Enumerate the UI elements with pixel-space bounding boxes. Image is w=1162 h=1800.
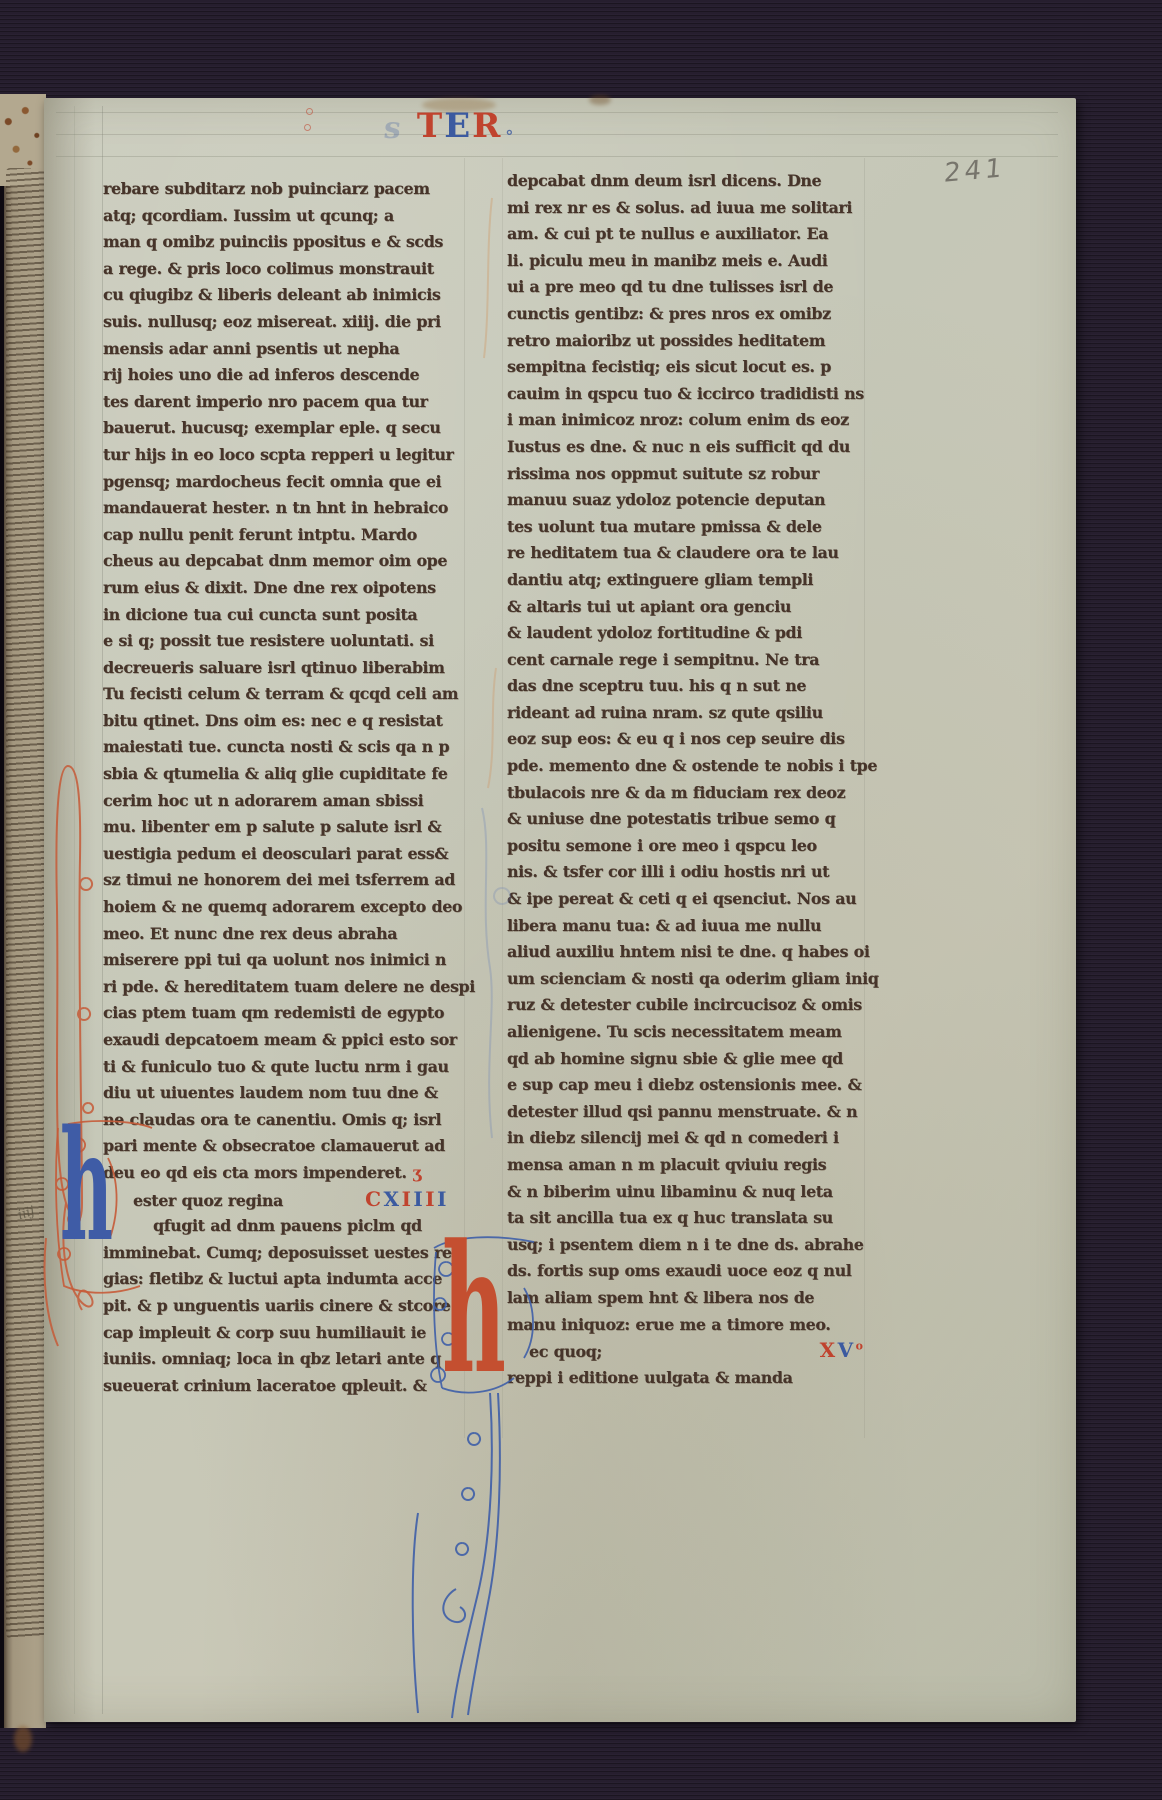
text-line: i man inimicoz nroz: colum enim ds eoz xyxy=(507,407,863,434)
text-line-content: ui a pre meo qd tu dne tulisses isrl de xyxy=(507,274,833,301)
text-line: in diebz silencij mei & qd n comederi i xyxy=(507,1125,863,1152)
text-line: e sup cap meu i diebz ostensionis mee. & xyxy=(507,1072,863,1099)
text-line: am. & cui pt te nullus e auxiliator. Ea xyxy=(507,221,863,248)
text-line-content: tes uolunt tua mutare pmissa & dele xyxy=(507,514,822,541)
red-paraph-mark: ʒ xyxy=(412,1160,421,1187)
text-line-content: ti & funiculo tuo & qute luctu nrm i gau xyxy=(103,1054,449,1081)
text-line: sbia & qtumelia & aliq glie cupiditate f… xyxy=(103,761,449,788)
text-line: cunctis gentibz: & pres nros ex omibz xyxy=(507,301,863,328)
text-line-content: cias ptem tuam qm redemisti de egypto xyxy=(103,1000,444,1027)
ruling-line xyxy=(56,156,1058,157)
text-line-content: e sup cap meu i diebz ostensionis mee. & xyxy=(507,1072,861,1099)
text-line: tbulacois nre & da m fiduciam rex deoz xyxy=(507,780,863,807)
text-line: lam aliam spem hnt & libera nos de xyxy=(507,1285,863,1312)
text-line-content: mensa aman n m placuit qviuiu regis xyxy=(507,1152,826,1179)
text-line-content: libera manu tua: & ad iuua me nullu xyxy=(507,913,821,940)
text-line: nis. & tsfer cor illi i odiu hostis nri … xyxy=(507,859,863,886)
parchment-stain xyxy=(589,95,611,105)
text-line-content: cap nullu penit ferunt intptu. Mardo xyxy=(103,522,417,549)
text-line-content: re heditatem tua & claudere ora te lau xyxy=(507,540,839,567)
text-line: meo. Et nunc dne rex deus abraha xyxy=(103,921,449,948)
text-line: cerim hoc ut n adorarem aman sbissi xyxy=(103,788,449,815)
text-line-content: mu. libenter em p salute p salute isrl & xyxy=(103,814,441,841)
text-line-content: manu iniquoz: erue me a timore meo. xyxy=(507,1312,830,1339)
text-line-content: sueuerat crinium laceratoe qpleuit. & xyxy=(103,1373,427,1400)
text-line: ta sit ancilla tua ex q huc translata su xyxy=(507,1205,863,1232)
text-line-content: ri pde. & hereditatem tuam delere ne des… xyxy=(103,974,475,1001)
text-line-content: cerim hoc ut n adorarem aman sbissi xyxy=(103,788,423,815)
text-line: suis. nullusq; eoz misereat. xiiij. die … xyxy=(103,309,449,336)
text-line-content: ds. fortis sup oms exaudi uoce eoz q nul xyxy=(507,1258,851,1285)
text-line-content: rebare subditarz nob puinciarz pacem xyxy=(103,176,430,203)
text-line: Iustus es dne. & nuc n eis sufficit qd d… xyxy=(507,434,863,461)
text-line-content: das dne sceptru tuu. his q n sut ne xyxy=(507,673,806,700)
text-line-content: & n biberim uinu libaminu & nuq leta xyxy=(507,1179,833,1206)
haec-initial-tail-blue xyxy=(394,1393,534,1723)
text-line-content: rissima nos oppmut suitute sz robur xyxy=(507,461,819,488)
text-line: cauim in qspcu tuo & iccirco tradidisti … xyxy=(507,381,863,408)
running-title-letter: R xyxy=(472,106,502,146)
text-line: cu qiugibz & liberis deleant ab inimicis xyxy=(103,282,449,309)
running-title-letter: T xyxy=(417,106,444,146)
ruling-line xyxy=(56,112,1058,113)
text-line-content: exaudi depcatoem meam & ppici esto sor xyxy=(103,1027,457,1054)
text-line: diu ut uiuentes laudem nom tuu dne & xyxy=(103,1080,449,1107)
text-line-content: cheus au depcabat dnm memor oim ope xyxy=(103,548,447,575)
text-line: detester illud qsi pannu menstruate. & n xyxy=(507,1099,863,1126)
text-line-content: rij hoies uno die ad inferos descende xyxy=(103,362,419,389)
text-line-content: usq; i psentem diem n i te dne ds. abrah… xyxy=(507,1232,863,1259)
text-line: rij hoies uno die ad inferos descende xyxy=(103,362,449,389)
text-line: & n biberim uinu libaminu & nuq leta xyxy=(507,1179,863,1206)
text-line-content: bauerut. hucusq; exemplar eple. q secu xyxy=(103,415,441,442)
text-line: cias ptem tuam qm redemisti de egypto xyxy=(103,1000,449,1027)
text-line-content: pde. memento dne & ostende te nobis i tp… xyxy=(507,753,877,780)
text-line: miserere ppi tui qa uolunt nos inimici n xyxy=(103,947,449,974)
text-line: um scienciam & nosti qa oderim gliam ini… xyxy=(507,966,863,993)
text-line-content: meo. Et nunc dne rex deus abraha xyxy=(103,921,397,948)
text-line-content: sz timui ne honorem dei mei tsferrem ad xyxy=(103,867,455,894)
text-line: ui a pre meo qd tu dne tulisses isrl de xyxy=(507,274,863,301)
text-line-content: e si q; possit tue resistere uoluntati. … xyxy=(103,628,434,655)
running-title-ghost-letter: s xyxy=(382,111,405,146)
text-line: reppi i editione uulgata & manda xyxy=(507,1365,863,1392)
text-line: uestigia pedum ei deosculari parat ess& xyxy=(103,841,449,868)
text-line: mi rex nr es & solus. ad iuua me solitar… xyxy=(507,195,863,222)
text-line-content: qfugit ad dnm pauens piclm qd xyxy=(153,1213,422,1240)
text-line: tes uolunt tua mutare pmissa & dele xyxy=(507,514,863,541)
text-line-content: & laudent ydoloz fortitudine & pdi xyxy=(507,620,802,647)
text-line-content: alienigene. Tu scis necessitatem meam xyxy=(507,1019,841,1046)
text-line-content: li. piculu meu in manibz meis e. Audi xyxy=(507,248,827,275)
chapter-numeral: CXIIII xyxy=(365,1187,449,1211)
text-line: ti & funiculo tuo & qute luctu nrm i gau xyxy=(103,1054,449,1081)
text-line-content: ta sit ancilla tua ex q huc translata su xyxy=(507,1205,833,1232)
running-title-letter: E xyxy=(444,106,472,146)
text-line-content: & uniuse dne potestatis tribue semo q xyxy=(507,806,835,833)
text-line-content: maiestati tue. cuncta nosti & scis qa n … xyxy=(103,734,449,761)
text-line: alienigene. Tu scis necessitatem meam xyxy=(507,1019,863,1046)
text-line: & uniuse dne potestatis tribue semo q xyxy=(507,806,863,833)
running-title-flourish: ° xyxy=(505,127,515,146)
text-line: hoiem & ne quemq adorarem excepto deo xyxy=(103,894,449,921)
text-line: man q omibz puinciis ppositus e & scds xyxy=(103,229,449,256)
text-line-content: bitu qtinet. Dns oim es: nec e q resista… xyxy=(103,708,443,735)
text-line-content: rum eius & dixit. Dne dne rex oipotens xyxy=(103,575,436,602)
text-line: dantiu atq; extinguere gliam templi xyxy=(507,567,863,594)
text-line: qd ab homine signu sbie & glie mee qd xyxy=(507,1046,863,1073)
text-line-content: diu ut uiuentes laudem nom tuu dne & xyxy=(103,1080,438,1107)
text-line-content: atq; qcordiam. Iussim ut qcunq; a xyxy=(103,203,394,230)
red-mark xyxy=(306,108,313,115)
text-line: rissima nos oppmut suitute sz robur xyxy=(507,461,863,488)
text-line: & ipe pereat & ceti q ei qsenciut. Nos a… xyxy=(507,886,863,913)
text-line: ruz & detester cubile incircucisoz & omi… xyxy=(507,992,863,1019)
text-line: sz timui ne honorem dei mei tsferrem ad xyxy=(103,867,449,894)
text-line-content: aliud auxiliu hntem nisi te dne. q habes… xyxy=(507,939,869,966)
text-line-content: eoz sup eos: & eu q i nos cep seuire dis xyxy=(507,726,845,753)
text-line: cap impleuit & corp suu humiliauit ie xyxy=(103,1320,449,1347)
text-line-content: iuniis. omniaq; loca in qbz letari ante … xyxy=(103,1346,441,1373)
text-line-content: tbulacois nre & da m fiduciam rex deoz xyxy=(507,780,845,807)
text-line-content: Tu fecisti celum & terram & qcqd celi am xyxy=(103,681,458,708)
text-line-content: qd ab homine signu sbie & glie mee qd xyxy=(507,1046,843,1073)
text-line: Tu fecisti celum & terram & qcqd celi am xyxy=(103,681,449,708)
text-line: ec quoq;XVo xyxy=(507,1338,863,1365)
text-line: eoz sup eos: & eu q i nos cep seuire dis xyxy=(507,726,863,753)
text-line: maiestati tue. cuncta nosti & scis qa n … xyxy=(103,734,449,761)
text-line-content: in dicione tua cui cuncta sunt posita xyxy=(103,602,417,629)
text-line: usq; i psentem diem n i te dne ds. abrah… xyxy=(507,1232,863,1259)
text-line-content: ruz & detester cubile incircucisoz & omi… xyxy=(507,992,862,1019)
text-line: aliud auxiliu hntem nisi te dne. q habes… xyxy=(507,939,863,966)
text-line-content: nis. & tsfer cor illi i odiu hostis nri … xyxy=(507,859,829,886)
text-line-content: miserere ppi tui qa uolunt nos inimici n xyxy=(103,947,446,974)
ruling-line xyxy=(56,134,1058,135)
text-line: decreueris saluare isrl qtinuo liberabim xyxy=(103,655,449,682)
text-line-content: cu qiugibz & liberis deleant ab inimicis xyxy=(103,282,440,309)
text-line: libera manu tua: & ad iuua me nullu xyxy=(507,913,863,940)
text-line-content: tur hijs in eo loco scpta repperi u legi… xyxy=(103,442,454,469)
text-line-content: cauim in qspcu tuo & iccirco tradidisti … xyxy=(507,381,864,408)
text-line: cap nullu penit ferunt intptu. Mardo xyxy=(103,522,449,549)
text-line: tes darent imperio nro pacem qua tur xyxy=(103,389,449,416)
text-line: rebare subditarz nob puinciarz pacem xyxy=(103,176,449,203)
text-line: positu semone i ore meo i qspcu leo xyxy=(507,833,863,860)
text-line-content: depcabat dnm deum isrl dicens. Dne xyxy=(507,168,821,195)
text-line-content: mensis adar anni psentis ut nepha xyxy=(103,336,399,363)
chapter-numeral: XVo xyxy=(820,1338,863,1362)
edge-stain xyxy=(14,1726,32,1752)
text-line-content: hoiem & ne quemq adorarem excepto deo xyxy=(103,894,462,921)
text-line: pgensq; mardocheus fecit omnia que ei xyxy=(103,469,449,496)
text-line: manu iniquoz: erue me a timore meo. xyxy=(507,1312,863,1339)
text-line-content: cunctis gentibz: & pres nros ex omibz xyxy=(507,301,831,328)
showthrough-marks xyxy=(462,188,522,1168)
text-line: atq; qcordiam. Iussim ut qcunq; a xyxy=(103,203,449,230)
text-line-content: mandauerat hester. n tn hnt in hebraico xyxy=(103,495,448,522)
text-line-content: rideant ad ruina nram. sz qute qsiliu xyxy=(507,700,823,727)
text-line: in dicione tua cui cuncta sunt posita xyxy=(103,602,449,629)
text-line-content: uestigia pedum ei deosculari parat ess& xyxy=(103,841,448,868)
text-column-2: depcabat dnm deum isrl dicens. Dnemi rex… xyxy=(507,168,863,1391)
text-line-content: am. & cui pt te nullus e auxiliator. Ea xyxy=(507,221,828,248)
text-line: das dne sceptru tuu. his q n sut ne xyxy=(507,673,863,700)
text-line-content: detester illud qsi pannu menstruate. & n xyxy=(507,1099,857,1126)
text-line-content: & altaris tui ut apiant ora genciu xyxy=(507,594,791,621)
text-line-content: a rege. & pris loco colimus monstrauit xyxy=(103,256,434,283)
text-line-content: mi rex nr es & solus. ad iuua me solitar… xyxy=(507,195,852,222)
text-line: mensa aman n m placuit qviuiu regis xyxy=(507,1152,863,1179)
red-mark xyxy=(304,124,311,131)
text-line: iuniis. omniaq; loca in qbz letari ante … xyxy=(103,1346,449,1373)
text-line-content: positu semone i ore meo i qspcu leo xyxy=(507,833,817,860)
text-line: depcabat dnm deum isrl dicens. Dne xyxy=(507,168,863,195)
text-line-content: in diebz silencij mei & qd n comederi i xyxy=(507,1125,839,1152)
ruling-line xyxy=(864,158,865,1438)
text-line: rum eius & dixit. Dne dne rex oipotens xyxy=(103,575,449,602)
text-line: li. piculu meu in manibz meis e. Audi xyxy=(507,248,863,275)
text-line: bitu qtinet. Dns oim es: nec e q resista… xyxy=(103,708,449,735)
text-line-content: & ipe pereat & ceti q ei qsenciut. Nos a… xyxy=(507,886,856,913)
text-line-content: suis. nullusq; eoz misereat. xiiij. die … xyxy=(103,309,441,336)
folio-number: 241 xyxy=(943,153,1007,189)
haec-initial: h xyxy=(442,1240,506,1380)
text-line: ds. fortis sup oms exaudi uoce eoz q nul xyxy=(507,1258,863,1285)
text-line-content: decreueris saluare isrl qtinuo liberabim xyxy=(103,655,445,682)
text-line-content: sbia & qtumelia & aliq glie cupiditate f… xyxy=(103,761,447,788)
text-line: sempitna fecistiq; eis sicut locut es. p xyxy=(507,354,863,381)
text-line-content: um scienciam & nosti qa oderim gliam ini… xyxy=(507,966,878,993)
text-line-content: i man inimicoz nroz: colum enim ds eoz xyxy=(507,407,849,434)
text-line: & altaris tui ut apiant ora genciu xyxy=(507,594,863,621)
text-line: mensis adar anni psentis ut nepha xyxy=(103,336,449,363)
text-line-content: manuu suaz ydoloz potencie deputan xyxy=(507,487,825,514)
text-line: e si q; possit tue resistere uoluntati. … xyxy=(103,628,449,655)
text-line: cent carnale rege i sempitnu. Ne tra xyxy=(507,647,863,674)
hester-initial: h xyxy=(60,1126,113,1246)
text-line-content: cent carnale rege i sempitnu. Ne tra xyxy=(507,647,819,674)
manuscript-page: sTER° 241 rebare subditarz nob puinciarz… xyxy=(44,98,1076,1722)
text-line-content: retro maioribz ut possides heditatem xyxy=(507,328,825,355)
text-line: & laudent ydoloz fortitudine & pdi xyxy=(507,620,863,647)
text-line: tur hijs in eo loco scpta repperi u legi… xyxy=(103,442,449,469)
text-line: a rege. & pris loco colimus monstrauit xyxy=(103,256,449,283)
text-line: exaudi depcatoem meam & ppici esto sor xyxy=(103,1027,449,1054)
text-line-content: man q omibz puinciis ppositus e & scds xyxy=(103,229,443,256)
text-line-content: cap impleuit & corp suu humiliauit ie xyxy=(103,1320,426,1347)
text-line: cheus au depcabat dnm memor oim ope xyxy=(103,548,449,575)
text-line: manuu suaz ydoloz potencie deputan xyxy=(507,487,863,514)
text-line-content: sempitna fecistiq; eis sicut locut es. p xyxy=(507,354,831,381)
text-line: ri pde. & hereditatem tuam delere ne des… xyxy=(103,974,449,1001)
text-line: mu. libenter em p salute p salute isrl & xyxy=(103,814,449,841)
text-line: bauerut. hucusq; exemplar eple. q secu xyxy=(103,415,449,442)
text-line: re heditatem tua & claudere ora te lau xyxy=(507,540,863,567)
text-line-content: dantiu atq; extinguere gliam templi xyxy=(507,567,813,594)
text-line-content: pgensq; mardocheus fecit omnia que ei xyxy=(103,469,441,496)
text-line: mandauerat hester. n tn hnt in hebraico xyxy=(103,495,449,522)
text-line-content: Iustus es dne. & nuc n eis sufficit qd d… xyxy=(507,434,850,461)
text-line: pde. memento dne & ostende te nobis i tp… xyxy=(507,753,863,780)
running-title: sTER° xyxy=(384,102,515,146)
text-line: rideant ad ruina nram. sz qute qsiliu xyxy=(507,700,863,727)
text-line: retro maioribz ut possides heditatem xyxy=(507,328,863,355)
text-line-content: tes darent imperio nro pacem qua tur xyxy=(103,389,428,416)
